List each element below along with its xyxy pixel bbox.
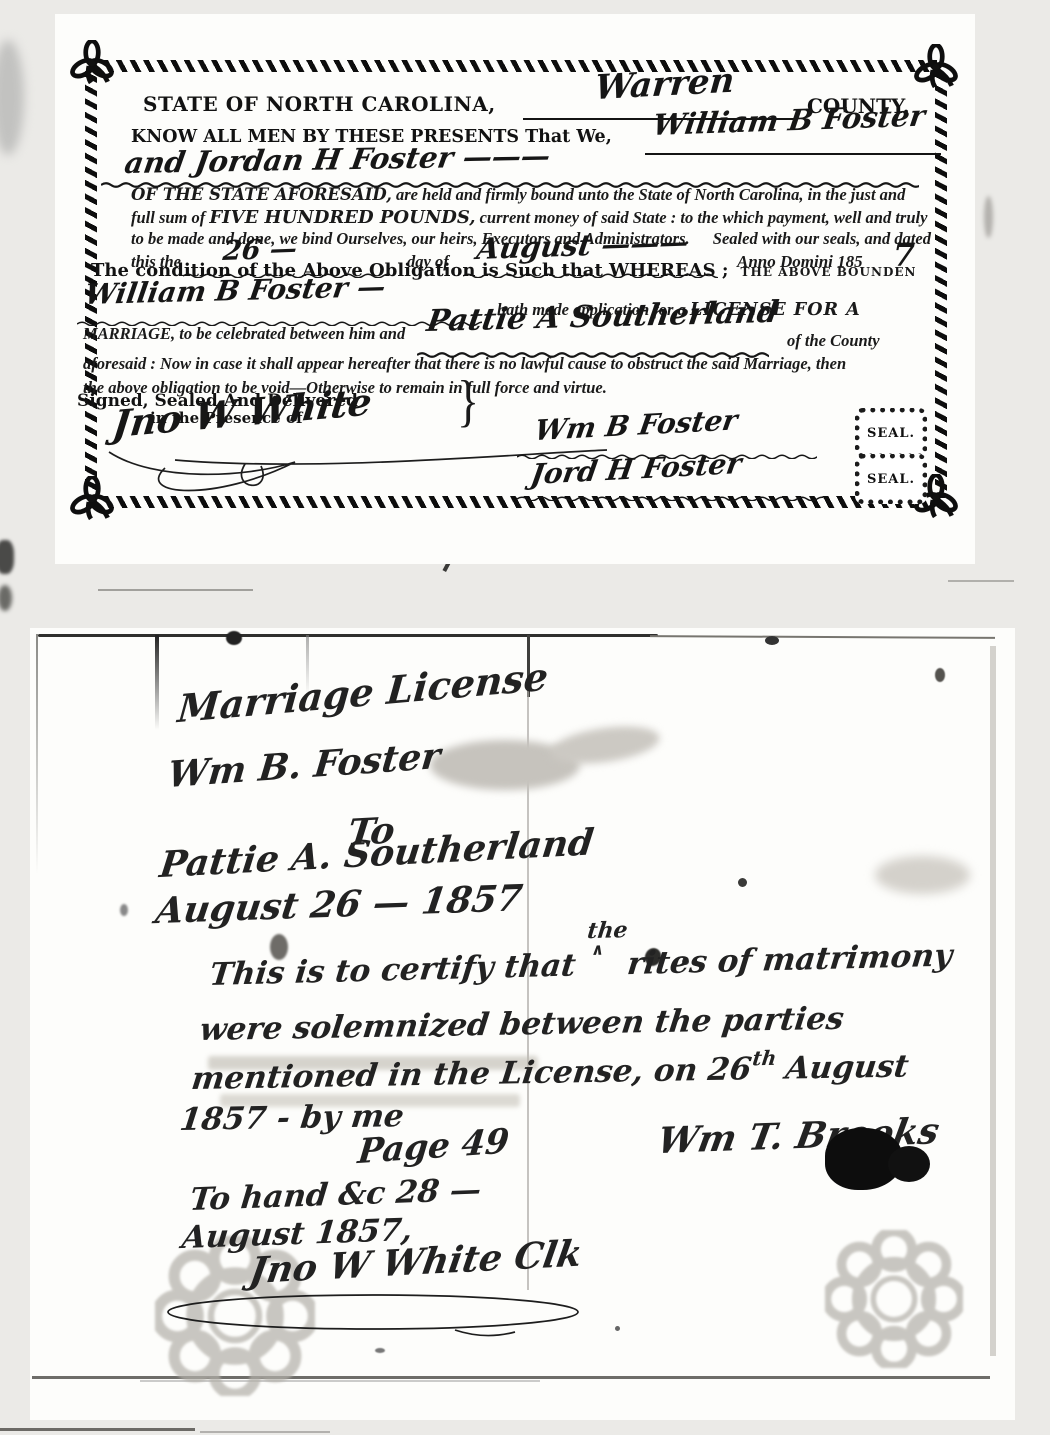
sheet-top-edge [38,634,658,637]
received-note-line1: To hand &c 28 — [188,1172,483,1218]
clerk-flourish [155,1290,595,1342]
insertion-caret-icon: ∧ [590,940,605,959]
of-the-county: of the County [787,331,880,351]
endorsement-title: Marriage License [176,653,550,731]
sheet-right-edge [990,646,996,1356]
scan-smudge [984,196,993,238]
ink-blot [888,1146,930,1182]
certify-line2: were solemnized between the parties [198,1001,846,1048]
state-title: STATE OF NORTH CAROLINA, [143,92,496,116]
scan-smudge [0,40,24,155]
five-hundred-pounds-bold: FIVE HUNDRED POUNDS, [209,207,475,228]
ink-speck [375,1348,385,1353]
scan-scratch [98,589,253,591]
aforesaid-bold: OF THE STATE AFORESAID, [131,185,392,204]
certify-line3: mentioned in the License, on 26th August [189,1043,911,1097]
surety-signature-rule [517,494,823,501]
superscript-th: th [751,1046,778,1070]
seal-box: SEAL. [855,408,927,458]
sheet-top-edge [650,635,995,639]
ribbon-top [95,60,937,72]
certify-line1: This is to certify thatthe∧rites of matr… [208,935,955,994]
stain [875,856,970,894]
fold-line [155,635,159,730]
insertion: the∧ [574,943,630,975]
scan-smudge [0,585,12,611]
seal-box: SEAL. [855,454,927,504]
marriage-bond-sheet: STATE OF NORTH CAROLINA, Warren COUNTY. … [55,14,975,564]
embossed-rosette-seal [825,1230,963,1368]
ink-speck [738,878,747,887]
county-name-handwritten: Warren [593,61,736,109]
endorsement-sheet: Marriage License Wm B. Foster To Pattie … [30,628,1015,1420]
brace-glyph: } [457,367,479,433]
marriage-line: MARRIAGE, to be celebrated between him a… [83,324,405,344]
bond-body-line1: OF THE STATE AFORESAID, are held and fir… [131,185,905,205]
scan-smudge [0,540,14,574]
bond-body-line2: full sum of FIVE HUNDRED POUNDS, current… [131,207,927,228]
above-bounden: The above Bounden [741,265,917,279]
sheet-left-edge [36,634,38,874]
principal-rule [645,153,941,155]
ribbon-right [935,70,947,498]
ink-speck [935,668,945,682]
ink-speck [615,1326,620,1331]
ink-speck [226,631,242,645]
scan-edge [0,1428,195,1431]
corner-bow-icon [69,40,115,86]
scan-edge [200,1431,330,1433]
scan-scratch [948,580,1014,582]
ink-speck [120,904,128,916]
endorsement-groom: Wm B. Foster [166,735,443,796]
corner-bow-icon [913,44,959,90]
endorsement-date: August 26 — 1857 [153,877,525,932]
ink-speck [765,636,779,645]
